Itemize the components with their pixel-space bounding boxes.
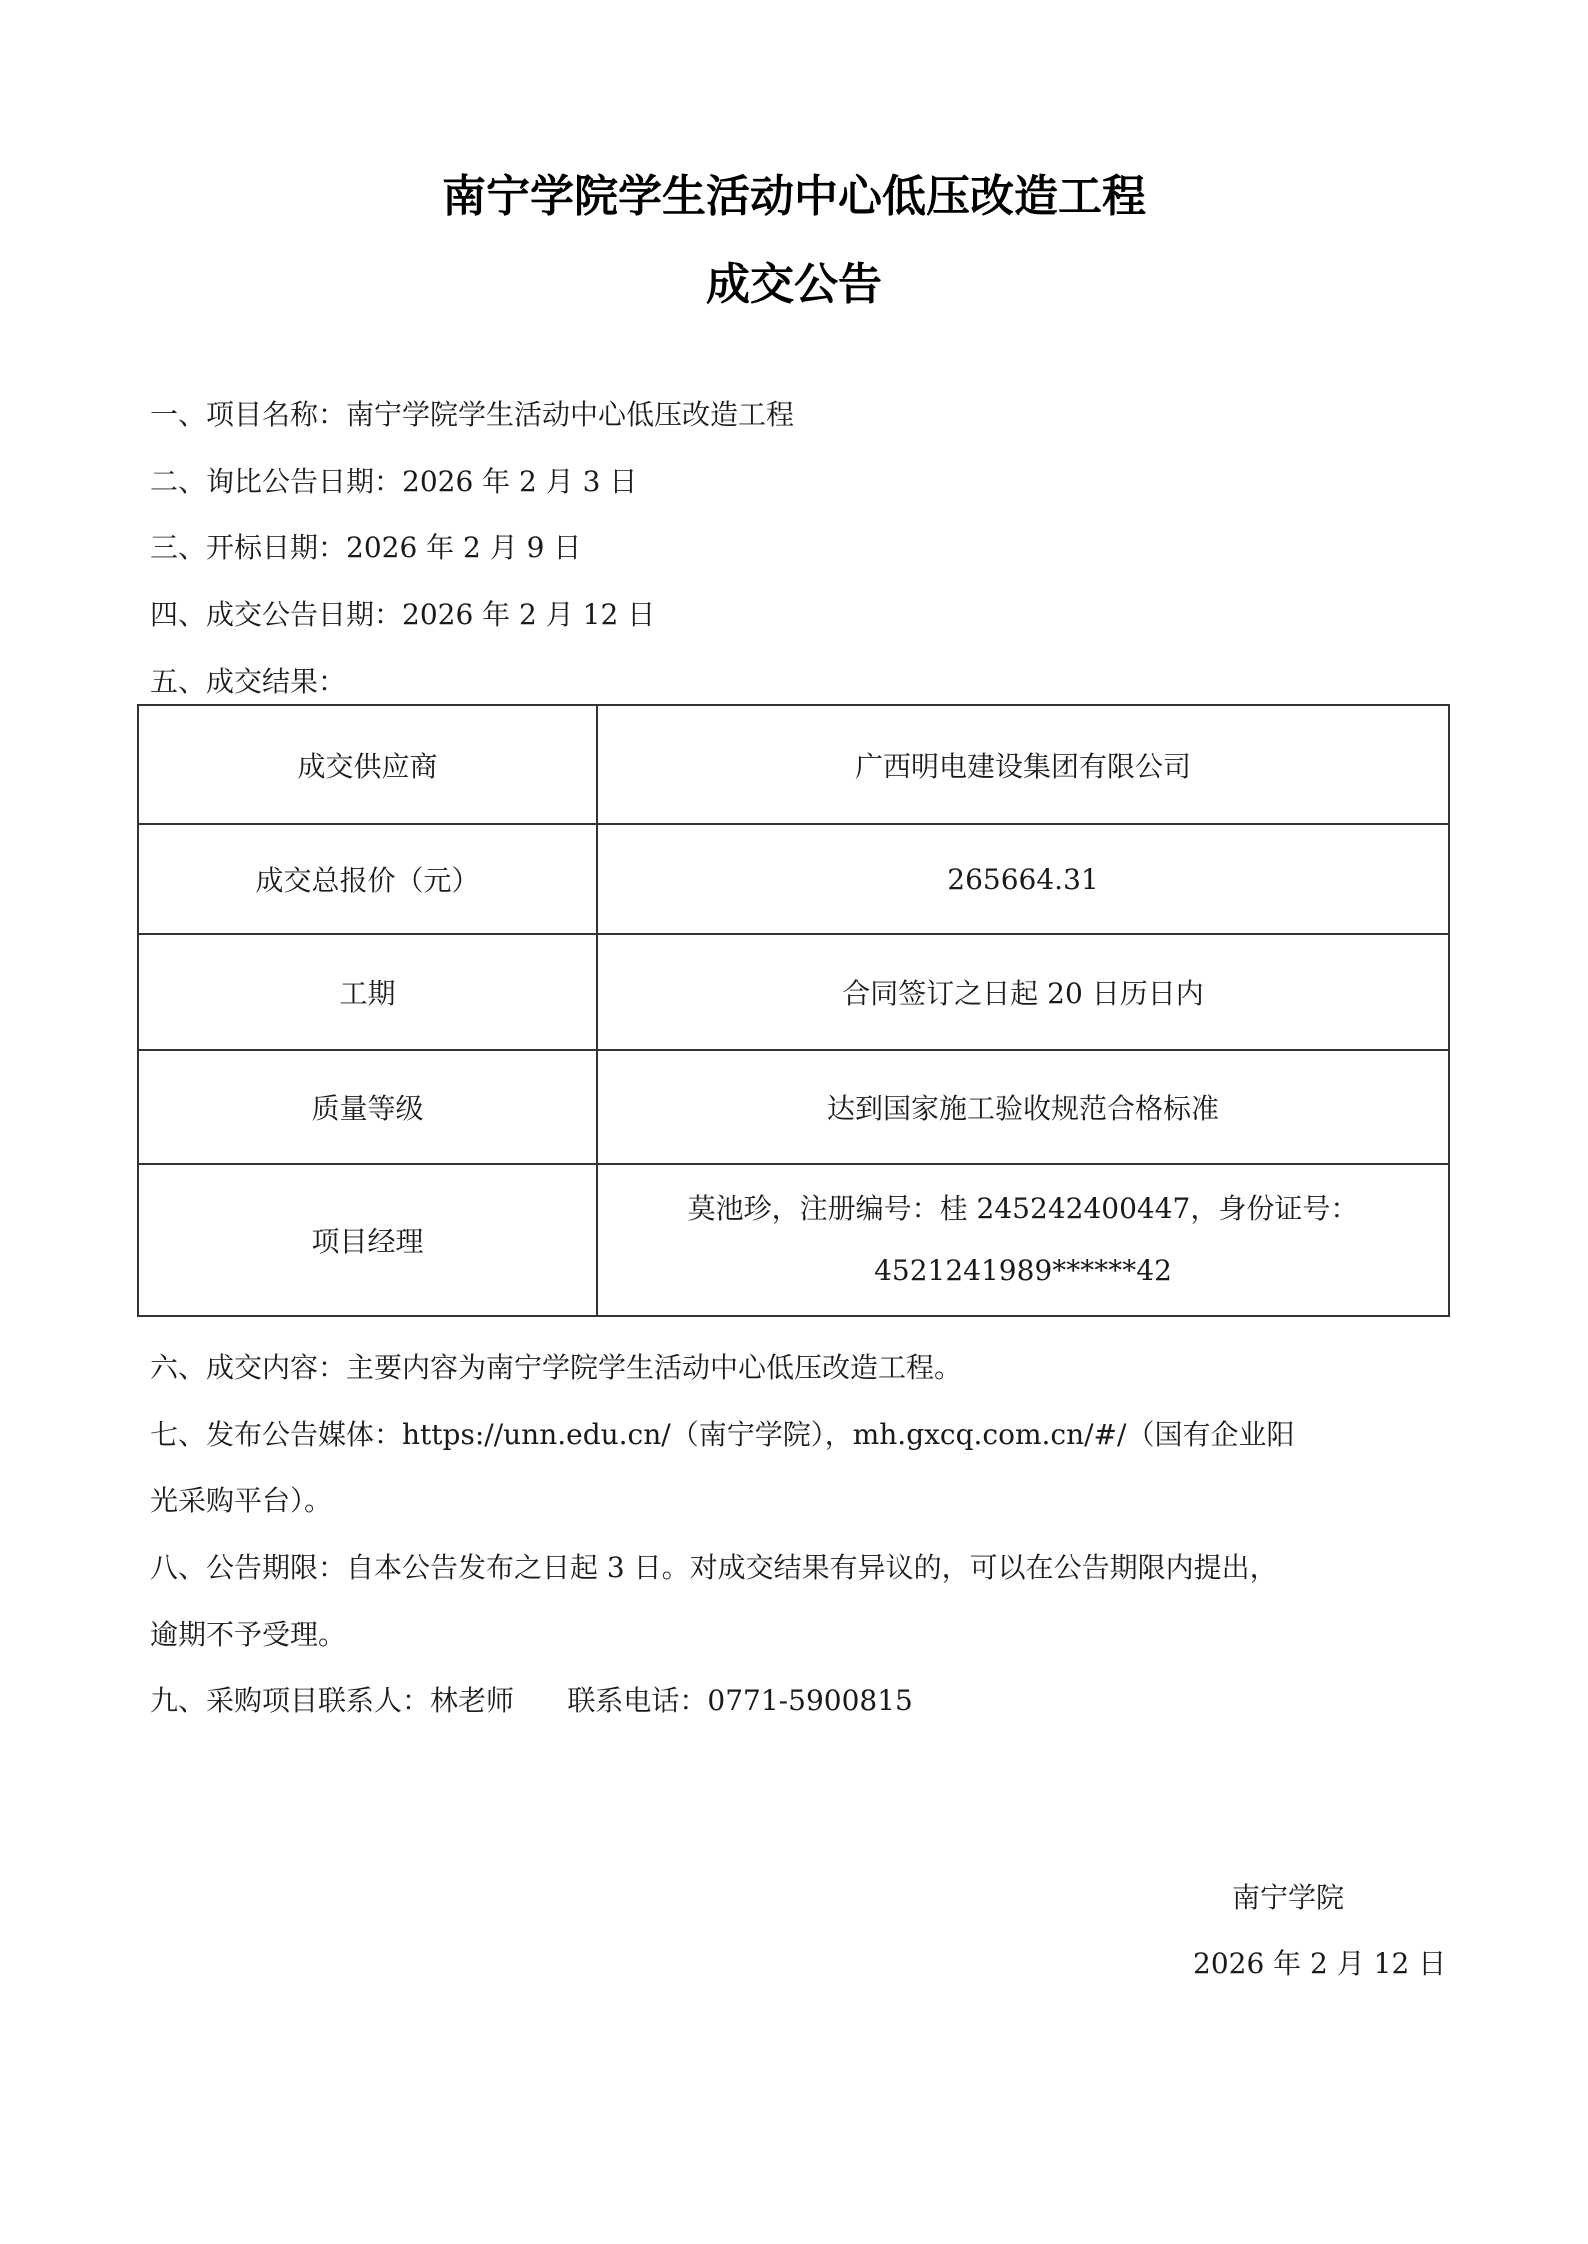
item-inquiry-date: 二、询比公告日期：2026 年 2 月 3 日 bbox=[150, 465, 637, 499]
table-row: 工期 合同签订之日起 20 日历日内 bbox=[138, 934, 1449, 1050]
item-media-line1: 七、发布公告媒体：https://unn.edu.cn/（南宁学院），mh.gx… bbox=[150, 1418, 1294, 1452]
row-key-price: 成交总报价（元） bbox=[138, 824, 597, 934]
manager-info-line2: 4521241989******42 bbox=[598, 1240, 1448, 1302]
item-opening-date: 三、开标日期：2026 年 2 月 9 日 bbox=[150, 531, 581, 565]
row-key-supplier: 成交供应商 bbox=[138, 705, 597, 824]
result-table: 成交供应商 广西明电建设集团有限公司 成交总报价（元） 265664.31 工期… bbox=[137, 704, 1450, 1317]
signature-date: 2026 年 2 月 12 日 bbox=[1193, 1942, 1446, 1982]
item-content: 六、成交内容：主要内容为南宁学院学生活动中心低压改造工程。 bbox=[150, 1351, 962, 1385]
row-value-supplier: 广西明电建设集团有限公司 bbox=[597, 705, 1449, 824]
manager-info-line1: 莫池珍，注册编号：桂 245242400447，身份证号： bbox=[598, 1178, 1448, 1240]
row-value-duration: 合同签订之日起 20 日历日内 bbox=[597, 934, 1449, 1050]
row-value-manager: 莫池珍，注册编号：桂 245242400447，身份证号： 4521241989… bbox=[597, 1164, 1449, 1316]
item-announcement-date: 四、成交公告日期：2026 年 2 月 12 日 bbox=[150, 598, 655, 632]
table-row: 质量等级 达到国家施工验收规范合格标准 bbox=[138, 1050, 1449, 1164]
document-subtitle: 成交公告 bbox=[0, 248, 1588, 312]
item-result-heading: 五、成交结果： bbox=[150, 665, 346, 699]
item-period-line1: 八、公告期限：自本公告发布之日起 3 日。对成交结果有异议的，可以在公告期限内提… bbox=[150, 1551, 1278, 1585]
row-key-quality: 质量等级 bbox=[138, 1050, 597, 1164]
signature-org: 南宁学院 bbox=[1232, 1876, 1344, 1916]
item-period-line2: 逾期不予受理。 bbox=[150, 1618, 346, 1652]
document-title: 南宁学院学生活动中心低压改造工程 bbox=[0, 160, 1588, 224]
table-row: 成交总报价（元） 265664.31 bbox=[138, 824, 1449, 934]
item-project-name: 一、项目名称：南宁学院学生活动中心低压改造工程 bbox=[150, 398, 794, 432]
table-row: 项目经理 莫池珍，注册编号：桂 245242400447，身份证号： 45212… bbox=[138, 1164, 1449, 1316]
row-value-price: 265664.31 bbox=[597, 824, 1449, 934]
row-key-duration: 工期 bbox=[138, 934, 597, 1050]
item-contact: 九、采购项目联系人：林老师 联系电话：0771-5900815 bbox=[150, 1684, 913, 1718]
table-row: 成交供应商 广西明电建设集团有限公司 bbox=[138, 705, 1449, 824]
row-key-manager: 项目经理 bbox=[138, 1164, 597, 1316]
row-value-quality: 达到国家施工验收规范合格标准 bbox=[597, 1050, 1449, 1164]
item-media-line2: 光采购平台）。 bbox=[150, 1484, 332, 1518]
